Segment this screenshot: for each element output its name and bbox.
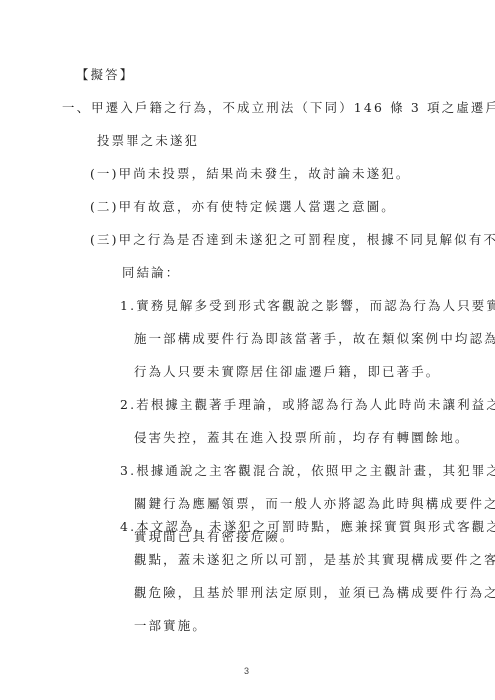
sub-item-2-cont: 侵害失控，蓋其在進入投票所前，均存有轉圜餘地。	[134, 430, 470, 446]
sub-item-4-cont-a: 觀點，蓋未遂犯之所以可罰，是基於其實現構成要件之客	[134, 552, 495, 568]
answer-heading: 【擬答】	[76, 67, 134, 83]
point-3: (三)甲之行為是否達到未遂犯之可罰程度，根據不同見解似有不	[90, 232, 495, 248]
sub-item-1-cont-b: 行為人只要未實際居住卻虛遷戶籍，即已著手。	[134, 364, 440, 380]
page-number: 3	[244, 666, 249, 676]
sub-item-3-cont-a: 關鍵行為應屬領票，而一般人亦將認為此時與構成要件之	[134, 496, 495, 512]
section-1-title: 一、甲遷入戶籍之行為，不成立刑法（下同）146 條 3 項之虛遷戶籍	[62, 100, 495, 116]
sub-item-2: 2.若根據主觀著手理論，或將認為行為人此時尚未讓利益之	[120, 397, 495, 413]
sub-item-3: 3.根據通說之主客觀混合說，依照甲之主觀計畫，其犯罪之	[120, 463, 495, 479]
sub-item-4: 4.本文認為，未遂犯之可罰時點，應兼採實質與形式客觀之	[120, 519, 495, 535]
sub-item-4-cont-b: 觀危險，且基於罪刑法定原則，並須已為構成要件行為之	[134, 585, 495, 601]
point-3-cont: 同結論：	[122, 265, 180, 281]
section-1-title-cont: 投票罪之未遂犯	[97, 133, 199, 149]
point-1: (一)甲尚未投票，結果尚未發生，故討論未遂犯。	[90, 166, 410, 182]
sub-item-1: 1.實務見解多受到形式客觀說之影響，而認為行為人只要實	[120, 298, 495, 314]
sub-item-4-cont-c: 一部實施。	[134, 618, 207, 634]
sub-item-1-cont-a: 施一部構成要件行為即該當著手，故在類似案例中均認為	[134, 331, 495, 347]
point-2: (二)甲有故意，亦有使特定候選人當選之意圖。	[90, 199, 396, 215]
